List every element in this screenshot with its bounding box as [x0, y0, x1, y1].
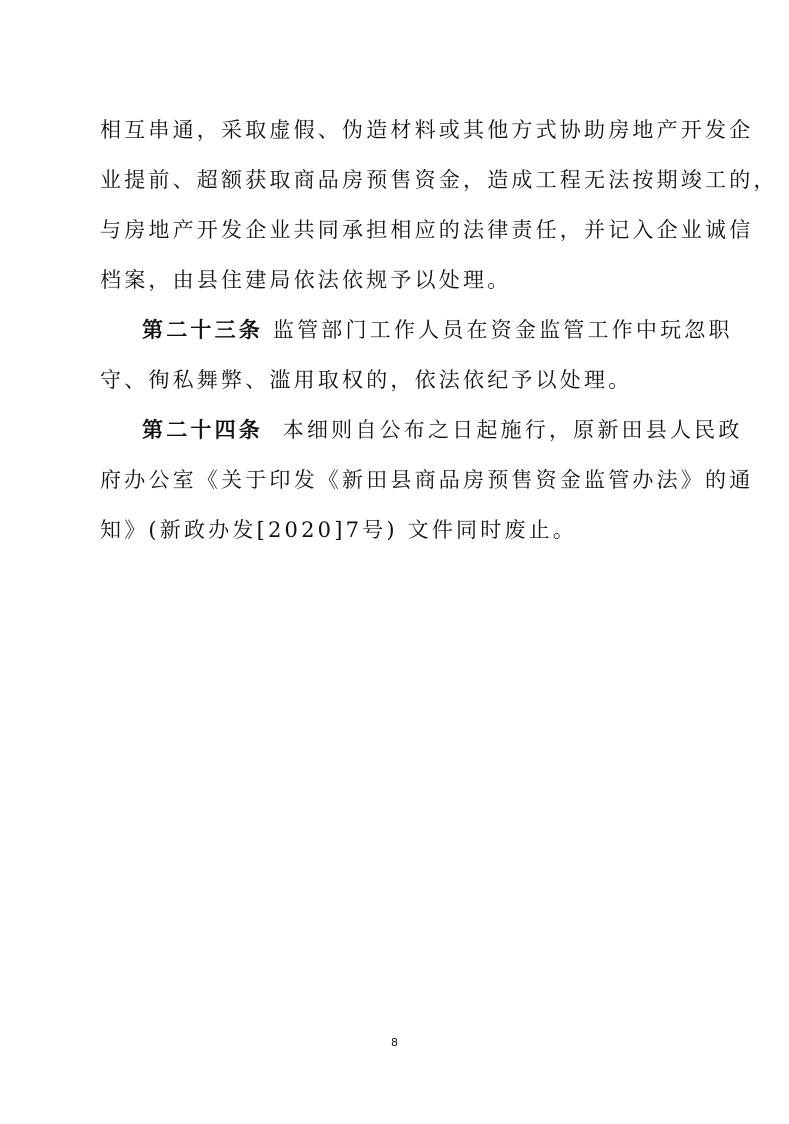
text-line: 守、徇私舞弊、滥用取权的，依法依纪予以处理。 — [100, 366, 710, 394]
text-line: 业提前、超额获取商品房预售资金，造成工程无法按期竣工的， — [100, 166, 710, 194]
article-23-line: 第二十三条 监管部门工作人员在资金监管工作中玩忽职 — [142, 316, 752, 344]
text-line: 知》(新政办发[2020]7号) 文件同时废止。 — [100, 516, 710, 544]
article-24-line: 第二十四条 本细则自公布之日起施行，原新田县人民政 — [142, 416, 752, 444]
article-heading: 第二十四条 — [142, 418, 263, 442]
article-heading: 第二十三条 — [142, 318, 263, 342]
text-span: 监管部门工作人员在资金监管工作中玩忽职 — [263, 318, 733, 342]
text-line: 相互串通，采取虚假、伪造材料或其他方式协助房地产开发企 — [100, 116, 710, 144]
document-page: 相互串通，采取虚假、伪造材料或其他方式协助房地产开发企 业提前、超额获取商品房预… — [0, 0, 789, 1124]
page-number: 8 — [0, 1036, 789, 1049]
text-span: 本细则自公布之日起施行，原新田县人民政 — [263, 418, 743, 442]
text-line: 档案，由县住建局依法依规予以处理。 — [100, 266, 710, 294]
text-line: 与房地产开发企业共同承担相应的法律责任，并记入企业诚信 — [100, 216, 710, 244]
text-line: 府办公室《关于印发《新田县商品房预售资金监管办法》的通 — [100, 466, 710, 494]
